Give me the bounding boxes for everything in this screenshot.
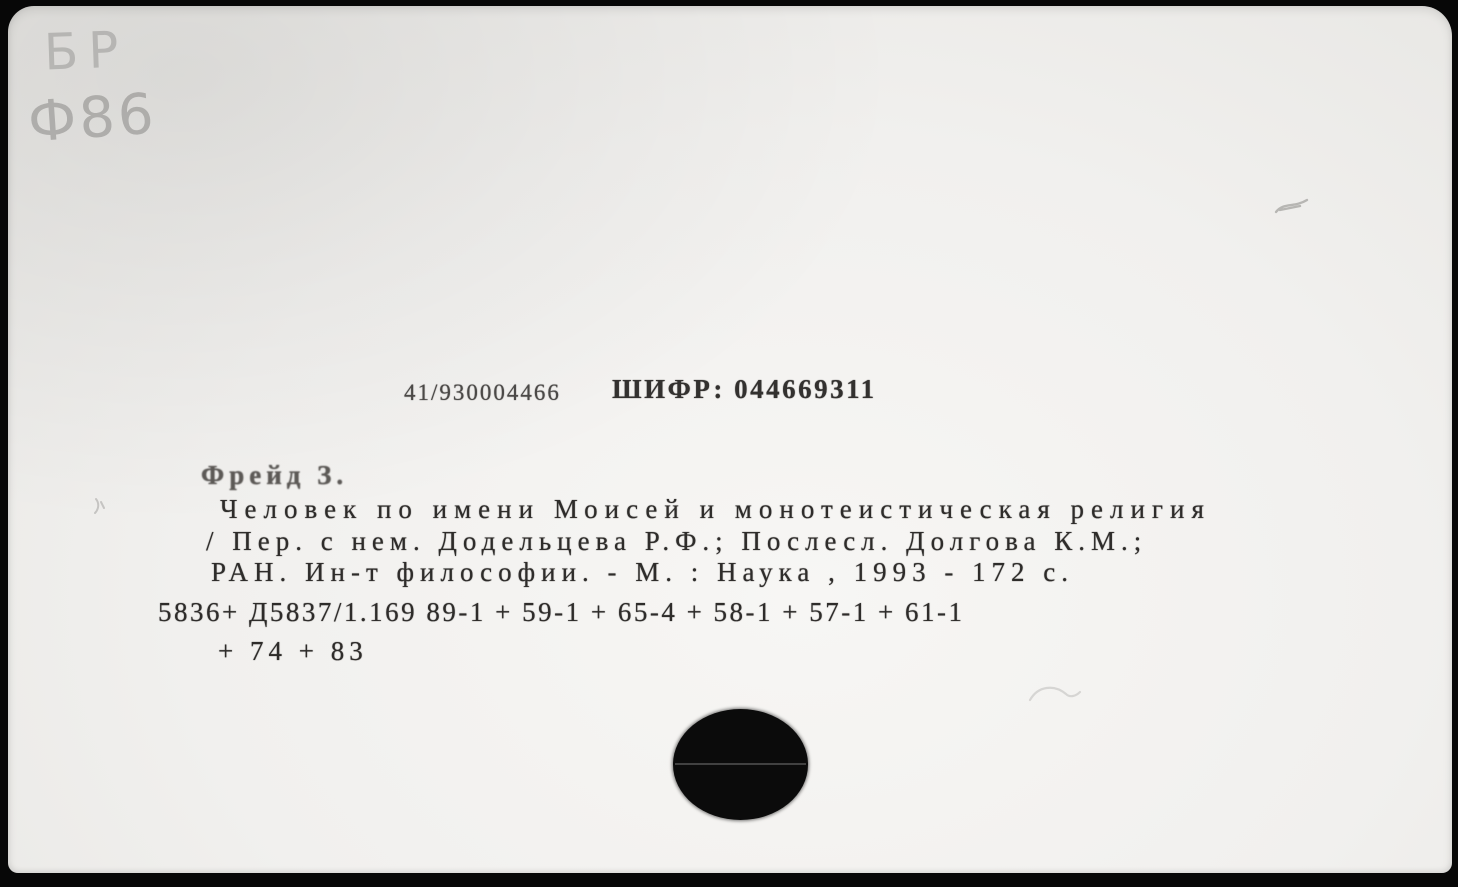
scanline-artifact [675, 763, 806, 765]
entry-author: Фрейд З. [201, 460, 348, 491]
accession-number: 41/930004466 [404, 380, 561, 406]
entry-title: Человек по имени Моисей и монотеистическ… [220, 494, 1211, 525]
pencil-author-cutter-mark: Ф86 [26, 82, 159, 156]
shifr-stamp: ШИФР: 044669311 [612, 374, 877, 405]
entry-holdings-numbers: 5836+ Д5837/1.169 89-1 + 59-1 + 65-4 + 5… [158, 597, 964, 628]
pencil-smudge-mark [1024, 678, 1084, 708]
entry-publication-info: РАН. Ин-т философии. - М. : Наука , 1993… [211, 557, 1074, 588]
pencil-squiggle-mark [1274, 194, 1310, 218]
entry-holdings-continuation: + 74 + 83 [218, 636, 368, 667]
entry-statement-of-responsibility: / Пер. с нем. Додельцева Р.Ф.; Послесл. … [206, 526, 1147, 557]
catalog-card: БР Ф86 41/930004466 ШИФР: 044669311 Фрей… [8, 6, 1452, 873]
pencil-classification-mark: БР [43, 21, 129, 82]
pencil-tick-mark [92, 496, 108, 516]
